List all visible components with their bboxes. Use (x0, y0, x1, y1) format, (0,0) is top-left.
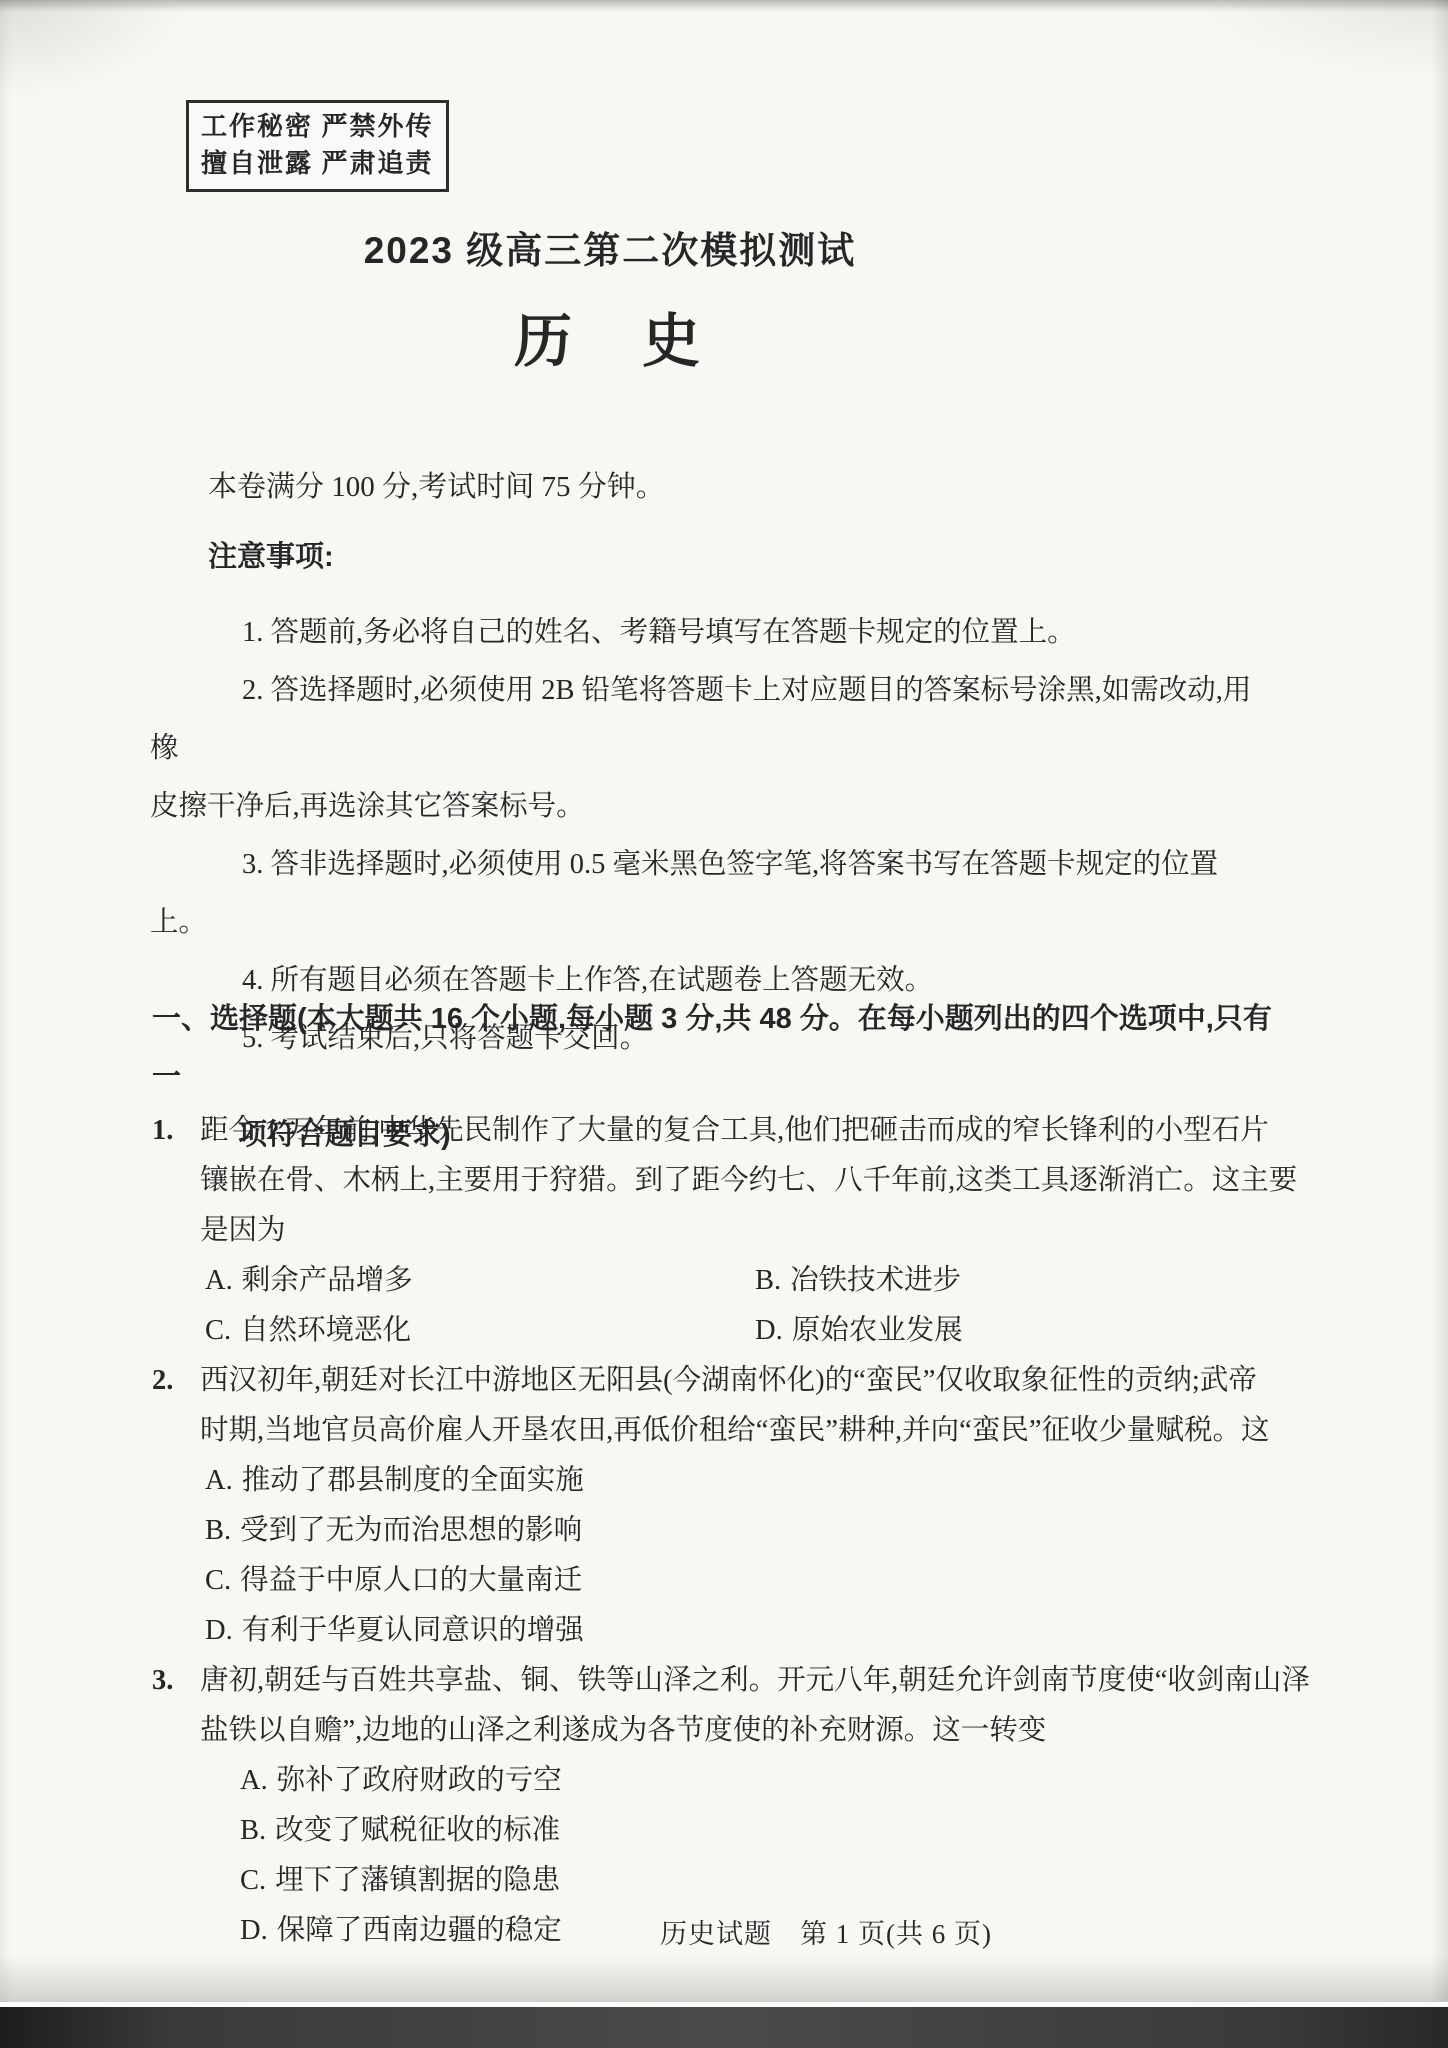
question-2: 2. 西汉初年,朝廷对长江中游地区无阳县(今湖南怀化)的“蛮民”仅收取象征性的贡… (0, 1356, 1448, 1656)
question-3-stem-line: 盐铁以自赡”,边地的山泽之利遂成为各节度使的补充财源。这一转变 (200, 1706, 1448, 1756)
option-text: 有利于华夏认同意识的增强 (242, 1606, 584, 1656)
question-3-option-c: C. 埋下了藩镇割据的隐患 (240, 1856, 1448, 1906)
option-label: D. (205, 1606, 233, 1656)
exam-title: 2023 级高三第二次模拟测试 (0, 220, 1220, 274)
question-2-number: 2. (152, 1356, 173, 1406)
option-label: C. (240, 1856, 266, 1906)
option-text: 冶铁技术进步 (790, 1256, 961, 1306)
question-3-option-b: B. 改变了赋税征收的标准 (240, 1806, 1448, 1856)
option-text: 弥补了政府财政的亏空 (277, 1756, 562, 1806)
question-2-stem-line: 西汉初年,朝廷对长江中游地区无阳县(今湖南怀化)的“蛮民”仅收取象征性的贡纳;武… (200, 1356, 1448, 1406)
option-text: 推动了郡县制度的全面实施 (242, 1456, 584, 1506)
option-text: 埋下了藩镇割据的隐患 (275, 1856, 560, 1906)
confidentiality-stamp: 工作秘密 严禁外传 擅自泄露 严肃追责 (186, 100, 449, 192)
question-3-stem-line: 唐初,朝廷与百姓共享盐、铜、铁等山泽之利。开元八年,朝廷允许剑南节度使“收剑南山… (200, 1656, 1448, 1706)
question-list: 1. 距今 1 万年前,中华先民制作了大量的复合工具,他们把砸击而成的窄长锋利的… (0, 1106, 1448, 1956)
option-label: B. (755, 1256, 781, 1306)
question-1-option-d: D. 原始农业发展 (755, 1306, 963, 1356)
question-1-stem-line: 是因为 (200, 1206, 1448, 1256)
exam-info-line: 本卷满分 100 分,考试时间 75 分钟。 (208, 464, 665, 505)
section-header-line-1: 一、选择题(本大题共 16 个小题,每小题 3 分,共 48 分。在每小题列出的… (152, 990, 1277, 1106)
option-text: 剩余产品增多 (242, 1256, 413, 1306)
note-item-1: 1. 答题前,务必将自己的姓名、考籍号填写在答题卡规定的位置上。 (150, 604, 1270, 662)
question-1: 1. 距今 1 万年前,中华先民制作了大量的复合工具,他们把砸击而成的窄长锋利的… (0, 1106, 1448, 1356)
note-item-2-line-2: 皮擦干净后,再选涂其它答案标号。 (150, 778, 1270, 836)
question-2-option-d: D. 有利于华夏认同意识的增强 (205, 1606, 1448, 1656)
question-1-stem-line: 镶嵌在骨、木柄上,主要用于狩猎。到了距今约七、八千年前,这类工具逐渐消亡。这主要 (200, 1156, 1448, 1206)
question-1-options-row-2: C. 自然环境恶化 D. 原始农业发展 (205, 1306, 1448, 1356)
note-item-2-line-1: 2. 答选择题时,必须使用 2B 铅笔将答题卡上对应题目的答案标号涂黑,如需改动… (150, 662, 1270, 778)
note-item-3: 3. 答非选择题时,必须使用 0.5 毫米黑色签字笔,将答案书写在答题卡规定的位… (150, 836, 1270, 952)
stamp-line-2: 擅自泄露 严肃追责 (201, 145, 434, 182)
scan-top-left-shade (0, 0, 190, 100)
option-label: C. (205, 1556, 231, 1606)
scan-bottom-shadow (0, 1955, 1448, 2003)
option-label: C. (205, 1306, 231, 1356)
exam-page: 工作秘密 严禁外传 擅自泄露 严肃追责 2023 级高三第二次模拟测试 历 史 … (0, 0, 1448, 2048)
subject-title: 历 史 (0, 294, 1220, 378)
question-1-stem-line: 距今 1 万年前,中华先民制作了大量的复合工具,他们把砸击而成的窄长锋利的小型石… (200, 1106, 1448, 1156)
option-text: 受到了无为而治思想的影响 (240, 1506, 582, 1556)
question-3: 3. 唐初,朝廷与百姓共享盐、铜、铁等山泽之利。开元八年,朝廷允许剑南节度使“收… (0, 1656, 1448, 1956)
question-1-options-row-1: A. 剩余产品增多 B. 冶铁技术进步 (205, 1256, 1448, 1306)
option-label: D. (755, 1306, 783, 1356)
option-text: 得益于中原人口的大量南迁 (240, 1556, 582, 1606)
option-label: B. (240, 1806, 266, 1856)
question-2-option-b: B. 受到了无为而治思想的影响 (205, 1506, 1448, 1556)
option-label: B. (205, 1506, 231, 1556)
option-text: 原始农业发展 (792, 1306, 963, 1356)
scan-bottom-edge (0, 2007, 1448, 2048)
page-footer: 历史试题 第 1 页(共 6 页) (204, 1912, 1448, 1951)
question-3-number: 3. (152, 1656, 173, 1706)
option-label: A. (205, 1256, 233, 1306)
question-1-option-b: B. 冶铁技术进步 (755, 1256, 961, 1306)
question-1-option-c: C. 自然环境恶化 (205, 1306, 755, 1356)
question-2-option-c: C. 得益于中原人口的大量南迁 (205, 1556, 1448, 1606)
option-text: 自然环境恶化 (240, 1306, 411, 1356)
stamp-line-1: 工作秘密 严禁外传 (201, 108, 434, 145)
question-2-option-a: A. 推动了郡县制度的全面实施 (205, 1456, 1448, 1506)
question-2-stem-line: 时期,当地官员高价雇人开垦农田,再低价租给“蛮民”耕种,并向“蛮民”征收少量赋税… (200, 1406, 1448, 1456)
notes-label: 注意事项: (208, 534, 334, 575)
scan-top-right-shade (1188, 0, 1448, 80)
option-label: A. (240, 1756, 268, 1806)
question-1-number: 1. (152, 1106, 173, 1156)
question-3-option-a: A. 弥补了政府财政的亏空 (240, 1756, 1448, 1806)
option-text: 改变了赋税征收的标准 (275, 1806, 560, 1856)
question-1-option-a: A. 剩余产品增多 (205, 1256, 755, 1306)
option-label: A. (205, 1456, 233, 1506)
